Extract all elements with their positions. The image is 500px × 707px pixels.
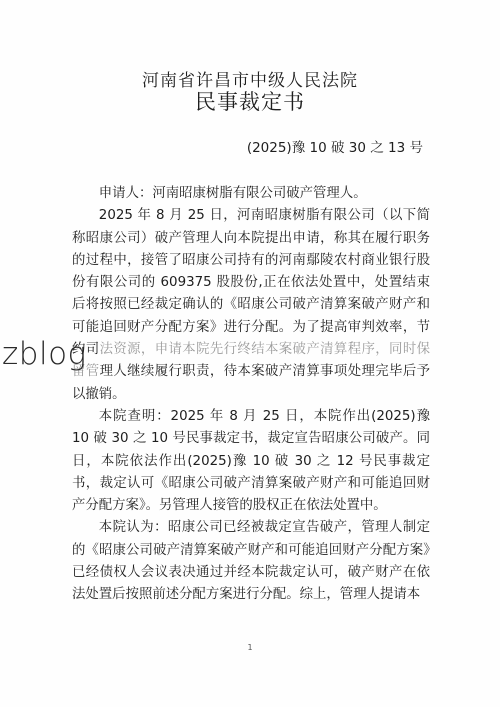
paragraph-applicant: 申请人：河南昭康树脂有限公司破产管理人。 bbox=[72, 183, 430, 205]
paragraph-application: 2025 年 8 月 25 日，河南昭康树脂有限公司（以下简称昭康公司）破产管理… bbox=[72, 205, 430, 406]
paragraph-findings: 本院查明：2025 年 8 月 25 日，本院作出(2025)豫 10 破 30… bbox=[72, 406, 430, 517]
document-page: 河南省许昌市中级人民法院 民事裁定书 (2025)豫 10 破 30 之 13 … bbox=[0, 0, 500, 707]
paragraph-text: 本院查明：2025 年 8 月 25 日，本院作出(2025)豫 10 破 30… bbox=[72, 409, 430, 513]
paragraph-text-tail: 理人继续履行职责，待本案破产清算事项处理完毕后予以撤销。 bbox=[72, 364, 430, 401]
paragraph-text: 申请人：河南昭康树脂有限公司破产管理人。 bbox=[99, 186, 367, 201]
watermark-logo: zblog bbox=[2, 336, 87, 372]
document-body: 申请人：河南昭康树脂有限公司破产管理人。 2025 年 8 月 25 日，河南昭… bbox=[72, 183, 430, 607]
case-number: (2025)豫 10 破 30 之 13 号 bbox=[247, 136, 423, 156]
paragraph-text: 本院认为：昭康公司已经被裁定宣告破产，管理人制定的《昭康公司破产清算案破产财产和… bbox=[72, 520, 430, 602]
paragraph-text: 2025 年 8 月 25 日，河南昭康树脂有限公司（以下简称昭康公司）破产管理… bbox=[72, 208, 430, 357]
page-number: 1 bbox=[0, 643, 500, 652]
document-title: 民事裁定书 bbox=[0, 86, 500, 116]
paragraph-reasoning: 本院认为：昭康公司已经被裁定宣告破产，管理人制定的《昭康公司破产清算案破产财产和… bbox=[72, 517, 430, 606]
